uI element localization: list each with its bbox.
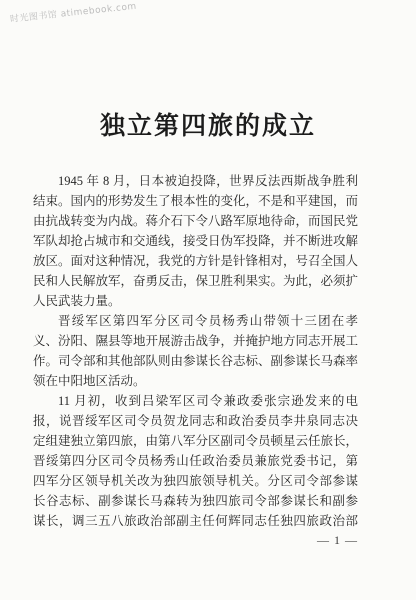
document-page: 时光图书馆 atimebook.com 独立第四旅的成立 1945 年 8 月，… bbox=[0, 0, 416, 600]
page-number: — 1 — bbox=[33, 530, 358, 550]
text-line: 民和人民解放军，奋勇反击，保卫胜利果实。为此，必须扩大 bbox=[33, 271, 358, 291]
text-line: 由抗战转变为内战。蒋介石下令八路军原地待命，而国民党 bbox=[33, 211, 358, 231]
body-text: 1945 年 8 月，日本被迫投降，世界反法西斯战争胜利 结束。国内的形势发生了… bbox=[33, 171, 358, 531]
page-title: 独立第四旅的成立 bbox=[0, 106, 416, 142]
text-line: 义、汾阳、隰县等地开展游击战争，并掩护地方同志开展工 bbox=[33, 331, 358, 351]
paragraph: 晋绥军区第四军分区司令员杨秀山带领十三团在孝 义、汾阳、隰县等地开展游击战争，并… bbox=[33, 311, 358, 391]
paragraph: 11 月初，收到吕梁军区司令兼政委张宗逊发来的电 报，说晋绥军区司令员贺龙同志和… bbox=[33, 391, 358, 531]
text-line: 长谷志标、副参谋长马森转为独四旅司令部参谋长和副参 bbox=[33, 491, 358, 511]
text-line: 人民武装力量。 bbox=[33, 291, 358, 311]
watermark: 时光图书馆 atimebook.com bbox=[9, 0, 137, 25]
paragraph: 1945 年 8 月，日本被迫投降，世界反法西斯战争胜利 结束。国内的形势发生了… bbox=[33, 171, 358, 311]
text-line: 放区。面对这种情况，我党的方针是针锋相对，号召全国人 bbox=[33, 251, 358, 271]
text-line: 1945 年 8 月，日本被迫投降，世界反法西斯战争胜利 bbox=[33, 171, 358, 191]
text-line: 领在中阳地区活动。 bbox=[33, 371, 358, 391]
text-line: 谋长，调三五八旅政治部副主任何辉同志任独四旅政治部 bbox=[33, 511, 358, 531]
text-line: 晋绥军区第四军分区司令员杨秀山带领十三团在孝 bbox=[33, 311, 358, 331]
text-line: 晋绥第四分区司令员杨秀山任政治委员兼旅党委书记，第 bbox=[33, 451, 358, 471]
text-line: 结束。国内的形势发生了根本性的变化，不是和平建国，而 bbox=[33, 191, 358, 211]
text-line: 四军分区领导机关改为独四旅领导机关。分区司令部参谋 bbox=[33, 471, 358, 491]
text-line: 11 月初，收到吕梁军区司令兼政委张宗逊发来的电 bbox=[33, 391, 358, 411]
text-line: 报，说晋绥军区司令员贺龙同志和政治委员李井泉同志决 bbox=[33, 411, 358, 431]
text-line: 作。司令部和其他部队则由参谋长谷志标、副参谋长马森率 bbox=[33, 351, 358, 371]
text-line: 军队却抢占城市和交通线，接受日伪军投降，并不断进攻解 bbox=[33, 231, 358, 251]
text-line: 定组建独立第四旅，由第八军分区副司令员顿星云任旅长， bbox=[33, 431, 358, 451]
